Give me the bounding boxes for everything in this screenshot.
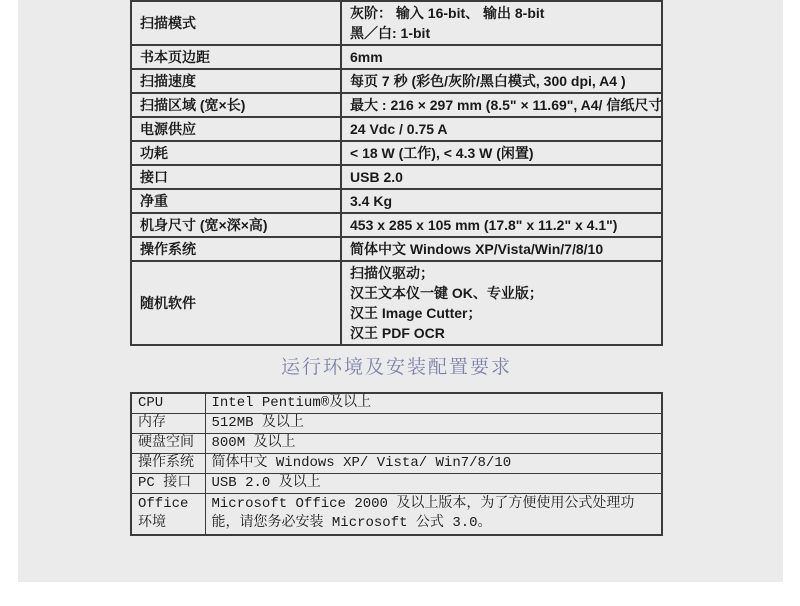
- value-line: 简体中文 Windows XP/Vista/Win/7/8/10: [350, 239, 653, 259]
- value-line: 3.4 Kg: [350, 191, 653, 211]
- value-line: 汉王文本仪一键 OK、专业版；: [350, 283, 653, 303]
- row-value: 800M 及以上: [205, 434, 662, 454]
- row-label: 扫描模式: [131, 1, 341, 45]
- table-row: 电源供应 24 Vdc / 0.75 A: [131, 117, 662, 141]
- row-value: 每页 7 秒 (彩色/灰阶/黑白模式, 300 dpi, A4 ): [341, 69, 662, 93]
- row-value: < 18 W (工作), < 4.3 W (闲置): [341, 141, 662, 165]
- row-value: 512MB 及以上: [205, 414, 662, 434]
- value-line: 黑／白: 1-bit: [350, 23, 653, 43]
- row-label: Office 环境: [131, 494, 205, 536]
- table-row: 机身尺寸 (宽×深×高) 453 x 285 x 105 mm (17.8" x…: [131, 213, 662, 237]
- row-value: 简体中文 Windows XP/ Vista/ Win7/8/10: [205, 454, 662, 474]
- row-value: 6mm: [341, 45, 662, 69]
- row-label: 内存: [131, 414, 205, 434]
- value-line: 每页 7 秒 (彩色/灰阶/黑白模式, 300 dpi, A4 ): [350, 71, 653, 91]
- value-line: 453 x 285 x 105 mm (17.8" x 11.2" x 4.1"…: [350, 215, 653, 235]
- row-label: 书本页边距: [131, 45, 341, 69]
- spec-table: 扫描模式 灰阶： 输入 16-bit、 输出 8-bit 黑／白: 1-bit …: [130, 0, 663, 346]
- row-value: 453 x 285 x 105 mm (17.8" x 11.2" x 4.1"…: [341, 213, 662, 237]
- row-label: 电源供应: [131, 117, 341, 141]
- row-value: Intel Pentium®及以上: [205, 393, 662, 414]
- row-label: 净重: [131, 189, 341, 213]
- requirements-table: CPU Intel Pentium®及以上 内存 512MB 及以上 硬盘空间 …: [130, 392, 663, 536]
- row-value: 最大 : 216 × 297 mm (8.5" × 11.69", A4/ 信纸…: [341, 93, 662, 117]
- value-line: < 18 W (工作), < 4.3 W (闲置): [350, 143, 653, 163]
- row-value: USB 2.0 及以上: [205, 474, 662, 494]
- content-panel: 扫描模式 灰阶： 输入 16-bit、 输出 8-bit 黑／白: 1-bit …: [18, 0, 783, 582]
- table-row: 功耗 < 18 W (工作), < 4.3 W (闲置): [131, 141, 662, 165]
- value-line: 灰阶： 输入 16-bit、 输出 8-bit: [350, 3, 653, 23]
- value-line: 汉王 Image Cutter；: [350, 303, 653, 323]
- table-row: 扫描速度 每页 7 秒 (彩色/灰阶/黑白模式, 300 dpi, A4 ): [131, 69, 662, 93]
- table-row: 接口 USB 2.0: [131, 165, 662, 189]
- row-label: 机身尺寸 (宽×深×高): [131, 213, 341, 237]
- value-line: 最大 : 216 × 297 mm (8.5" × 11.69", A4/ 信纸…: [350, 95, 653, 115]
- row-label: 扫描区域 (宽×长): [131, 93, 341, 117]
- table-row: 净重 3.4 Kg: [131, 189, 662, 213]
- table-row: 内存 512MB 及以上: [131, 414, 662, 434]
- table-row: 操作系统 简体中文 Windows XP/Vista/Win/7/8/10: [131, 237, 662, 261]
- row-label: PC 接口: [131, 474, 205, 494]
- value-line: 扫描仪驱动；: [350, 263, 653, 283]
- row-label: 操作系统: [131, 237, 341, 261]
- table-row: Office 环境 Microsoft Office 2000 及以上版本，为了…: [131, 494, 662, 536]
- row-label: 功耗: [131, 141, 341, 165]
- row-value: 灰阶： 输入 16-bit、 输出 8-bit 黑／白: 1-bit: [341, 1, 662, 45]
- table-row: 硬盘空间 800M 及以上: [131, 434, 662, 454]
- row-value: USB 2.0: [341, 165, 662, 189]
- row-value: 简体中文 Windows XP/Vista/Win/7/8/10: [341, 237, 662, 261]
- row-label: 接口: [131, 165, 341, 189]
- row-value: 24 Vdc / 0.75 A: [341, 117, 662, 141]
- value-line: 汉王 PDF OCR: [350, 323, 653, 343]
- section-title: 运行环境及安装配置要求: [130, 355, 663, 381]
- row-value: 3.4 Kg: [341, 189, 662, 213]
- row-value: Microsoft Office 2000 及以上版本，为了方便使用公式处理功能…: [205, 494, 662, 536]
- table-row: PC 接口 USB 2.0 及以上: [131, 474, 662, 494]
- table-row: 书本页边距 6mm: [131, 45, 662, 69]
- row-label: CPU: [131, 393, 205, 414]
- table-row: 扫描区域 (宽×长) 最大 : 216 × 297 mm (8.5" × 11.…: [131, 93, 662, 117]
- table-row: CPU Intel Pentium®及以上: [131, 393, 662, 414]
- value-line: 24 Vdc / 0.75 A: [350, 119, 653, 139]
- table-row: 扫描模式 灰阶： 输入 16-bit、 输出 8-bit 黑／白: 1-bit: [131, 1, 662, 45]
- value-line: USB 2.0: [350, 167, 653, 187]
- value-line: 6mm: [350, 47, 653, 67]
- row-label: 操作系统: [131, 454, 205, 474]
- row-label: 扫描速度: [131, 69, 341, 93]
- row-value: 扫描仪驱动； 汉王文本仪一键 OK、专业版； 汉王 Image Cutter； …: [341, 261, 662, 345]
- table-row: 随机软件 扫描仪驱动； 汉王文本仪一键 OK、专业版； 汉王 Image Cut…: [131, 261, 662, 345]
- spec-content: 扫描模式 灰阶： 输入 16-bit、 输出 8-bit 黑／白: 1-bit …: [130, 0, 663, 536]
- table-row: 操作系统 简体中文 Windows XP/ Vista/ Win7/8/10: [131, 454, 662, 474]
- row-label: 随机软件: [131, 261, 341, 345]
- row-label: 硬盘空间: [131, 434, 205, 454]
